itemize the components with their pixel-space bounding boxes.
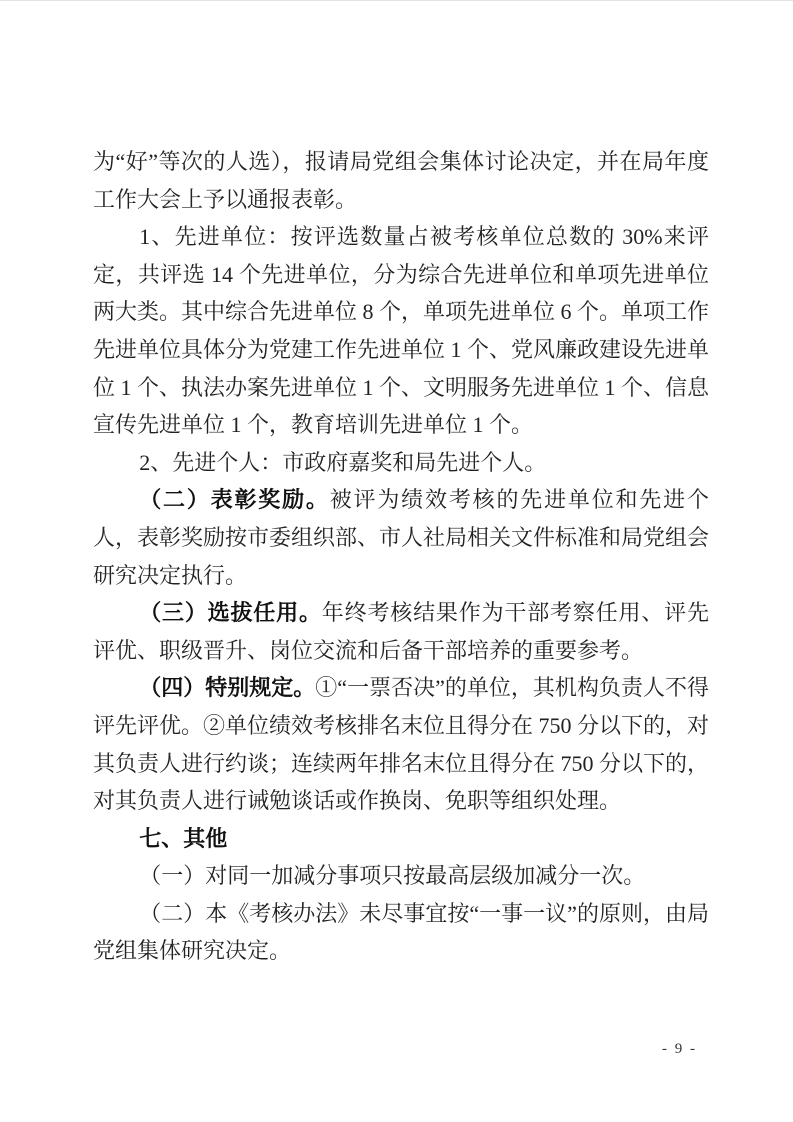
paragraph: （三）选拔任用。年终考核结果作为干部考察任用、评先评优、职级晋升、岗位交流和后备… [93, 594, 709, 669]
paragraph: 1、先进单位：按评选数量占被考核单位总数的 30%来评定，共评选 14 个先进单… [93, 218, 709, 444]
document-body: 为“好”等次的人选），报请局党组会集体讨论决定，并在局年度工作大会上予以通报表彰… [93, 143, 709, 970]
paragraph-lead: （四）特别规定。 [139, 675, 315, 700]
document-page: 为“好”等次的人选），报请局党组会集体讨论决定，并在局年度工作大会上予以通报表彰… [0, 0, 793, 1122]
paragraph-lead: （二）表彰奖励。 [139, 487, 330, 512]
paragraph: （二）表彰奖励。被评为绩效考核的先进单位和先进个人，表彰奖励按市委组织部、市人社… [93, 481, 709, 594]
paragraph-lead: （三）选拔任用。 [139, 600, 322, 625]
paragraph: 为“好”等次的人选），报请局党组会集体讨论决定，并在局年度工作大会上予以通报表彰… [93, 143, 709, 218]
paragraph: 2、先进个人：市政府嘉奖和局先进个人。 [93, 444, 709, 482]
page-number: - 9 - [662, 1041, 697, 1058]
paragraph: （一）对同一加减分事项只按最高层级加减分一次。 [93, 857, 709, 895]
section-heading: 七、其他 [93, 820, 709, 858]
paragraph: （二）本《考核办法》未尽事宜按“一事一议”的原则，由局党组集体研究决定。 [93, 895, 709, 970]
paragraph: （四）特别规定。①“一票否决”的单位，其机构负责人不得评先评优。②单位绩效考核排… [93, 669, 709, 819]
